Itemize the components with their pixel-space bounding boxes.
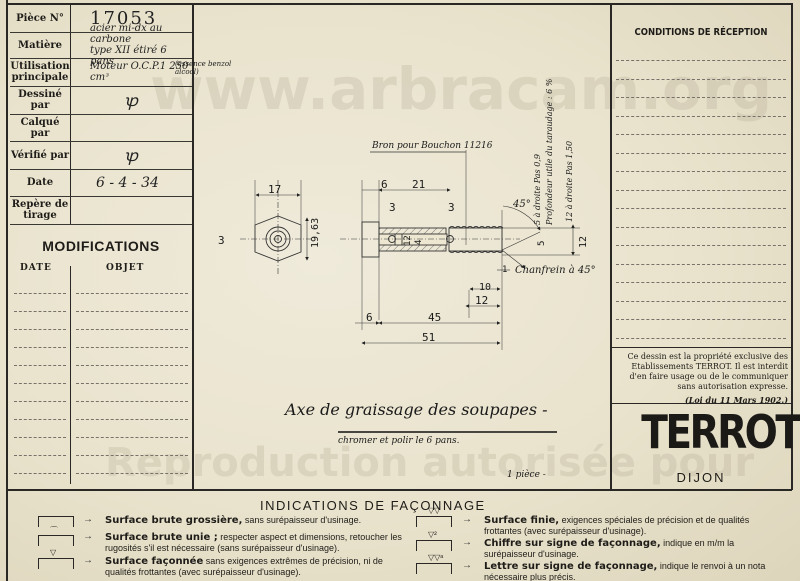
surface-symbol-icon: ▽▽ bbox=[416, 516, 452, 527]
arrow-icon: → bbox=[462, 515, 472, 525]
svg-text:Bron pour Bouchon 11216: Bron pour Bouchon 11216 bbox=[371, 141, 493, 151]
svg-text:21: 21 bbox=[412, 178, 425, 191]
indication-text: sans surépaisseur d'usinage. bbox=[242, 515, 361, 525]
quantity-note: 1 pièce - bbox=[507, 470, 546, 480]
svg-text:3: 3 bbox=[218, 234, 225, 247]
surface-symbol-icon: ▽ bbox=[38, 558, 74, 569]
svg-text:3: 3 bbox=[389, 201, 396, 214]
arrow-icon: → bbox=[462, 538, 472, 548]
indication-label: Surface finie, bbox=[484, 515, 559, 526]
surface-symbol-icon: ⌒ bbox=[38, 535, 74, 546]
svg-text:51: 51 bbox=[422, 331, 435, 344]
svg-text:17: 17 bbox=[268, 183, 281, 196]
indication-label: Surface façonnée bbox=[105, 556, 203, 567]
svg-text:12: 12 bbox=[403, 235, 413, 246]
indication-item: →Chiffre sur signe de façonnage, indique… bbox=[484, 538, 784, 559]
finish-note: chromer et polir le 6 pans. bbox=[338, 436, 460, 446]
svg-text:10: 10 bbox=[479, 282, 491, 293]
dimension-labels: 17 3 19,63 6 21 3 3 12 4 45° 12 5 1 10 1… bbox=[218, 78, 596, 344]
svg-text:3: 3 bbox=[448, 201, 455, 214]
svg-text:1: 1 bbox=[502, 265, 507, 275]
hex-head-side bbox=[362, 222, 379, 257]
svg-text:6: 6 bbox=[366, 311, 373, 324]
surface-symbol-icon: ▽² bbox=[416, 540, 452, 551]
indications-title: INDICATIONS DE FAÇONNAGE bbox=[260, 498, 486, 513]
svg-text:Profondeur utile du taraudage: Profondeur utile du taraudage : 6 % bbox=[545, 78, 554, 226]
indication-item: →Surface finie, exigences spéciales de p… bbox=[484, 515, 784, 536]
svg-text:6: 6 bbox=[381, 178, 388, 191]
svg-text:Chanfrein à 45°: Chanfrein à 45° bbox=[515, 265, 596, 276]
arrow-icon: → bbox=[462, 561, 472, 571]
svg-text:12 à droite Pas 1,50: 12 à droite Pas 1,50 bbox=[565, 141, 574, 222]
drawing-sheet: www.arbracam.org Reproduction autorisée … bbox=[0, 0, 800, 581]
indication-item: →Surface brute unie ; respecter aspect e… bbox=[105, 532, 405, 553]
indication-label: Chiffre sur signe de façonnage, bbox=[484, 538, 661, 549]
arrow-icon: → bbox=[83, 515, 93, 525]
indication-item: →Surface brute grossière, sans surépaiss… bbox=[105, 515, 405, 526]
technical-drawing: 17 3 19,63 6 21 3 3 12 4 45° 12 5 1 10 1… bbox=[0, 0, 800, 581]
indication-label: Surface brute unie ; bbox=[105, 532, 218, 543]
surface-symbol-icon: ▽▽ᵃ bbox=[416, 563, 452, 574]
svg-text:45°: 45° bbox=[512, 199, 531, 210]
svg-text:12: 12 bbox=[475, 294, 488, 307]
indication-label: Lettre sur signe de façonnage, bbox=[484, 561, 657, 572]
arrow-icon: → bbox=[83, 556, 93, 566]
svg-text:5: 5 bbox=[537, 241, 547, 246]
svg-text:12: 12 bbox=[578, 236, 589, 248]
svg-text:19,63: 19,63 bbox=[310, 218, 321, 248]
arrow-icon: → bbox=[83, 532, 93, 542]
indication-item: →Surface façonnée sans exigences extrême… bbox=[105, 556, 405, 577]
part-name: Axe de graissage des soupapes - bbox=[285, 400, 548, 419]
indication-label: Surface brute grossière, bbox=[105, 515, 242, 526]
svg-text:4: 4 bbox=[414, 240, 424, 245]
svg-text:45: 45 bbox=[428, 311, 441, 324]
svg-text:5 à droite Pas 0,9: 5 à droite Pas 0,9 bbox=[533, 154, 542, 225]
indication-item: →Lettre sur signe de façonnage, indique … bbox=[484, 561, 784, 581]
